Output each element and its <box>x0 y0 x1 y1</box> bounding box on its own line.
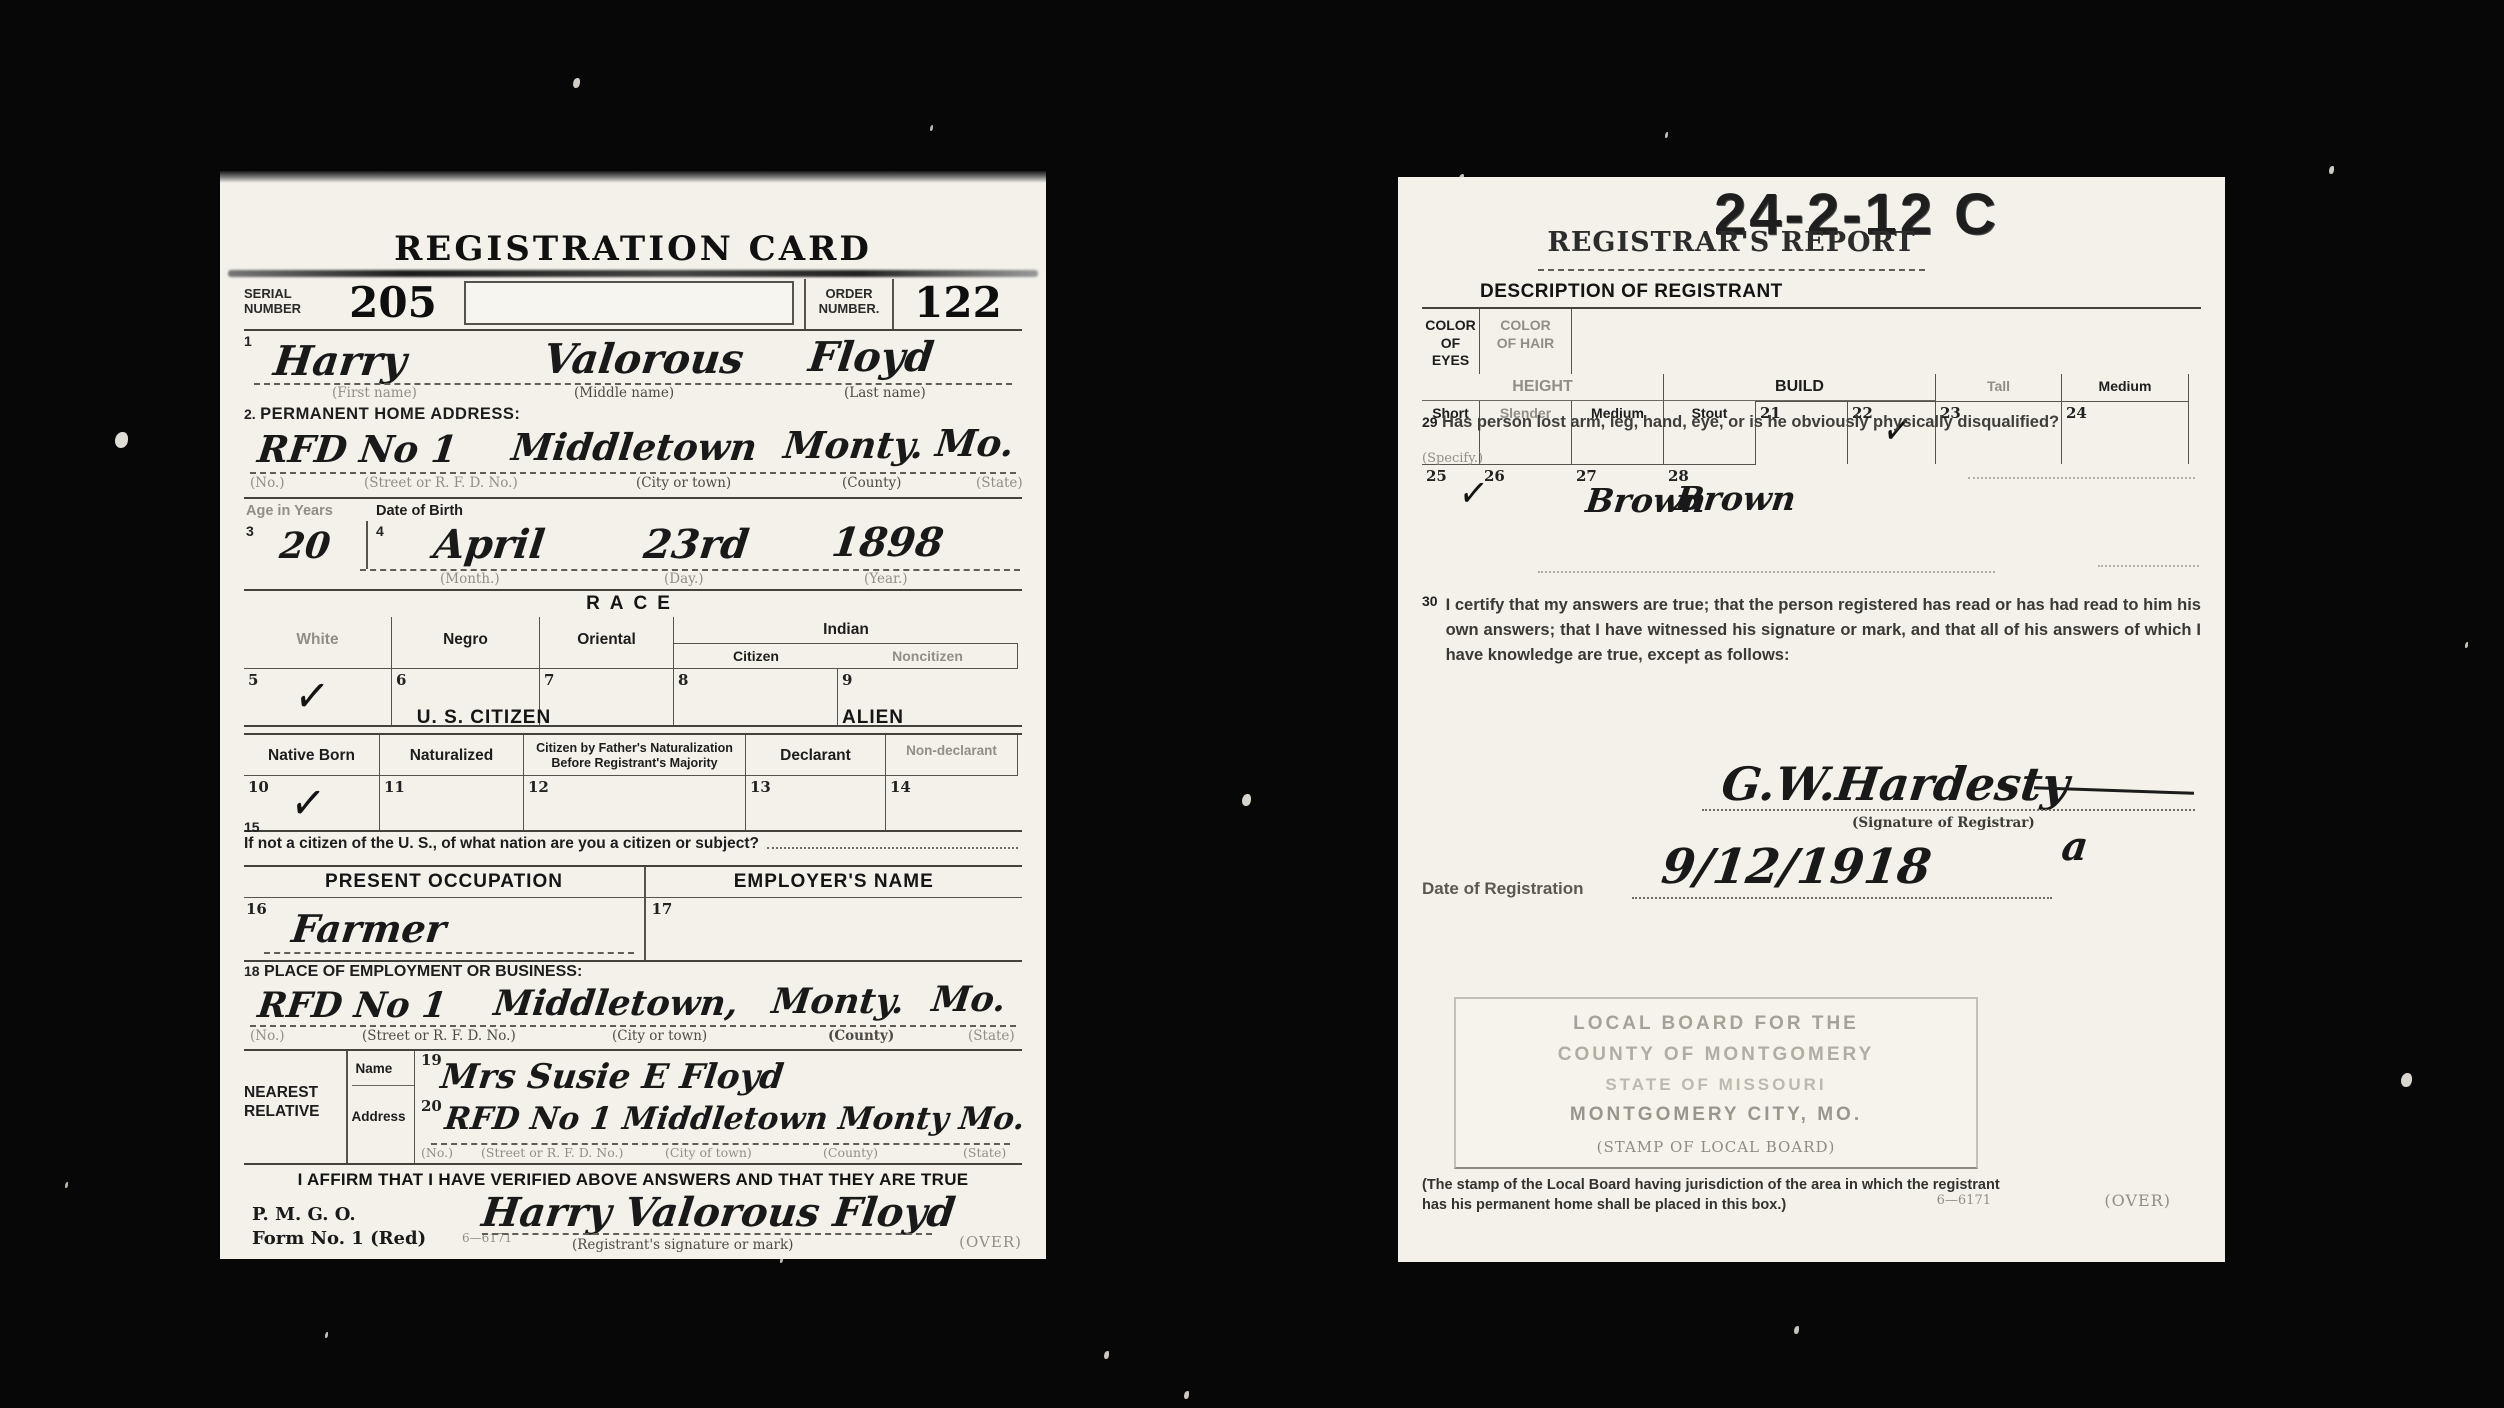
relative-county-label: (County) <box>823 1145 878 1160</box>
birth-month-handwriting: April <box>431 521 547 568</box>
registrar-signature-label: (Signature of Registrar) <box>1852 815 2035 831</box>
registration-card: REGISTRATION CARD SERIAL NUMBER 205 ORDE… <box>220 171 1046 1259</box>
description-header-row: DESCRIPTION OF REGISTRANT <box>1422 281 2201 303</box>
q29-answer-line <box>1968 477 2195 479</box>
relative-field-labels: Name Address <box>348 1051 414 1163</box>
citizen-col-nondeclarant: Non-declarant <box>886 735 1018 775</box>
registration-date-handwriting: 9/12/1918 <box>1659 839 1935 895</box>
relative-midline <box>352 1085 414 1086</box>
q19-number: 19 <box>421 1051 442 1069</box>
registration-card-title: REGISTRATION CARD <box>244 229 1022 269</box>
middle-name-handwriting: Valorous <box>541 335 746 383</box>
home-address-handwriting-row: RFD No 1 Middletown Monty. Mo. <box>244 421 1022 477</box>
registrar-signature-line <box>1702 809 2195 811</box>
employment-state-label: (State) <box>968 1028 1015 1044</box>
occupation-cell: 16 Farmer <box>244 898 644 960</box>
q2-number: 2. <box>244 406 256 422</box>
color-of-hair-header: COLOR OF HAIR <box>1480 309 1572 374</box>
alien-header: ALIEN <box>724 707 1022 729</box>
order-number-value: 122 <box>894 279 1022 329</box>
citizen-num-13: 13 <box>750 778 771 796</box>
employment-sublabels: (No.) (Street or R. F. D. No.) (City or … <box>244 1028 1022 1044</box>
address-county-handwriting: Monty. <box>781 423 926 467</box>
last-name-label: (Last name) <box>844 385 926 401</box>
race-num-7: 7 <box>544 671 554 689</box>
q16-number: 16 <box>246 900 267 918</box>
q3-number: 3 <box>246 523 254 539</box>
relative-values: 19 Mrs Susie E Floyd 20 RFD No 1 Middlet… <box>415 1051 1022 1163</box>
occupation-section: PRESENT OCCUPATION EMPLOYER'S NAME 16 Fa… <box>244 865 1022 962</box>
citizen-num-11: 11 <box>384 778 405 796</box>
report-print-code: 6—6171 <box>1937 1193 1991 1208</box>
q29-row: 29 Has person lost arm, leg, hand, eye, … <box>1422 413 2201 432</box>
q29-number: 29 <box>1422 414 1438 430</box>
citizen-num-14: 14 <box>890 778 911 796</box>
q18-number: 18 <box>244 963 260 979</box>
q29-specify-row: (Specify.) <box>1422 449 2201 467</box>
registrant-signature-label: (Registrant's signature or mark) <box>572 1237 793 1253</box>
serial-order-row: SERIAL NUMBER 205 ORDER NUMBER. 122 <box>244 279 1022 331</box>
stamp-line-3: STATE OF MISSOURI <box>1456 1075 1976 1095</box>
age-dob-divider <box>366 521 368 569</box>
age-handwriting: 20 <box>277 525 332 567</box>
description-of-registrant-header: DESCRIPTION OF REGISTRANT <box>1480 281 2201 303</box>
race-num-6: 6 <box>396 671 406 689</box>
registration-footer: P. M. G. O. Form No. 1 (Red) 6—6171 Harr… <box>244 1193 1022 1253</box>
occupation-underline <box>264 952 634 954</box>
address-no-label: (No.) <box>250 475 285 491</box>
address-county-label: (County) <box>842 475 901 491</box>
relative-no-label: (No.) <box>421 1145 453 1160</box>
dob-sublabels: (Month.) (Day.) (Year.) <box>244 571 1022 587</box>
blank-answer-line-right <box>2098 565 2199 567</box>
stamp-line-4: MONTGOMERY CITY, MO. <box>1456 1104 1976 1126</box>
affirmation-text: I AFFIRM THAT I HAVE VERIFIED ABOVE ANSW… <box>244 1165 1022 1190</box>
q30-certification-text: I certify that my answers are true; that… <box>1446 593 2201 667</box>
registrars-report-title: REGISTRAR'S REPORT <box>1547 227 1915 258</box>
registrant-signature-handwriting: Harry Valorous Floyd <box>479 1189 958 1236</box>
employment-county-handwriting: Monty. <box>769 981 906 1022</box>
address-city-handwriting: Middletown <box>509 425 759 469</box>
citizen-col-fathers-naturalization: Citizen by Father's Naturalization Befor… <box>524 735 746 775</box>
date-of-registration-row: Date of Registration 9/12/1918 <box>1422 845 2201 915</box>
employment-rfd-handwriting: RFD No 1 <box>255 985 448 1026</box>
relative-name-handwriting: Mrs Susie E Floyd <box>439 1057 786 1097</box>
date-of-registration-label: Date of Registration <box>1422 879 1584 899</box>
citizen-table: Native Born Naturalized Citizen by Fathe… <box>244 733 1022 832</box>
hair-color-handwriting: Brown <box>1674 479 1798 518</box>
address-state-handwriting: Mo. <box>933 421 1016 465</box>
name-sublabels: (First name) (Middle name) (Last name) <box>244 385 1022 403</box>
scan-smudge-line <box>228 270 1038 277</box>
signature-underline <box>482 1233 932 1235</box>
height-col-medium: Medium <box>2062 374 2189 401</box>
middle-name-label: (Middle name) <box>574 385 674 401</box>
relative-name-label: Name <box>356 1061 393 1076</box>
stamp-of-local-board-label: (STAMP OF LOCAL BOARD) <box>1456 1138 1976 1156</box>
year-label: (Year.) <box>864 571 908 587</box>
race-section: RACE <box>244 589 1022 615</box>
q30-row: 30 I certify that my answers are true; t… <box>1422 593 2201 667</box>
q15-number: 15 <box>244 819 1022 835</box>
birth-year-handwriting: 1898 <box>829 519 946 566</box>
race-num-5: 5 <box>248 671 258 689</box>
color-of-eyes-header: COLOR OF EYES <box>1422 309 1480 374</box>
q29-specify-label: (Specify.) <box>1422 451 1483 466</box>
relative-street-label: (Street or R. F. D. No.) <box>481 1145 623 1160</box>
serial-number-label: SERIAL NUMBER <box>244 279 328 329</box>
num-26: 26 <box>1484 467 1505 485</box>
occupation-handwriting: Farmer <box>289 906 448 951</box>
race-num-9: 9 <box>842 671 852 689</box>
relative-state-label: (State) <box>963 1145 1006 1160</box>
citizen-col-native-born: Native Born <box>244 735 380 775</box>
race-col-white: White <box>244 617 392 668</box>
address-sublabels: (No.) (Street or R. F. D. No.) (City or … <box>244 475 1022 493</box>
nearest-relative-label: NEAREST RELATIVE <box>244 1051 346 1163</box>
address-state-label: (State) <box>976 475 1023 491</box>
relative-address-label: Address <box>352 1109 406 1124</box>
relative-address-handwriting: RFD No 1 Middletown Monty Mo. <box>443 1101 1027 1137</box>
citizen-num-12: 12 <box>528 778 549 796</box>
pmgo-form-label: P. M. G. O. Form No. 1 (Red) <box>252 1203 426 1252</box>
q15-question: If not a citizen of the U. S., of what n… <box>244 835 759 853</box>
employment-street-label: (Street or R. F. D. No.) <box>362 1028 516 1044</box>
employment-city-label: (City or town) <box>612 1028 707 1044</box>
date-line <box>1632 897 2052 899</box>
race-header: RACE <box>244 591 1022 615</box>
order-number-label: ORDER NUMBER. <box>804 279 894 329</box>
race-num-8: 8 <box>678 671 688 689</box>
blank-answer-line <box>1538 571 1995 573</box>
scan-speckles <box>115 432 128 448</box>
over-label-left-card: (OVER) <box>959 1233 1022 1251</box>
employment-handwriting-row: RFD No 1 Middletown, Monty. Mo. <box>244 979 1022 1029</box>
registrars-report-card: 24-2-12 C REGISTRAR'S REPORT DESCRIPTION… <box>1398 177 2225 1262</box>
race-col-oriental: Oriental <box>540 617 674 668</box>
employment-no-label: (No.) <box>250 1028 285 1044</box>
relative-city-label: (City of town) <box>665 1145 752 1160</box>
description-table: HEIGHT BUILD COLOR OF EYES COLOR OF HAIR… <box>1422 307 2201 465</box>
place-of-employment-label: PLACE OF EMPLOYMENT OR BUSINESS: <box>264 963 582 980</box>
nearest-relative-section: NEAREST RELATIVE Name Address 19 Mrs Sus… <box>244 1049 1022 1163</box>
last-name-handwriting: Floyd <box>806 333 936 381</box>
employment-county-label: (County) <box>828 1028 894 1044</box>
day-label: (Day.) <box>664 571 704 587</box>
registrar-signature-handwriting: G.W.Hardesty <box>1719 757 2073 811</box>
stamp-line-2: COUNTY OF MONTGOMERY <box>1456 1044 1976 1066</box>
employment-underline <box>250 1025 1016 1027</box>
scan-background: { "registration_card": { "title": "REGIS… <box>0 0 2504 1408</box>
race-col-negro: Negro <box>392 617 540 668</box>
address-underline <box>250 472 1016 474</box>
employment-city-handwriting: Middletown, <box>491 983 740 1024</box>
q4-number: 4 <box>376 523 384 539</box>
address-city-label: (City or town) <box>636 475 731 491</box>
citizen-col-declarant: Declarant <box>746 735 886 775</box>
stamp-note-row: (The stamp of the Local Board having jur… <box>1422 1175 2201 1216</box>
stamp-box-note: (The stamp of the Local Board having jur… <box>1422 1175 2022 1216</box>
num-25: 25 <box>1426 467 1447 485</box>
affirmation-row: I AFFIRM THAT I HAVE VERIFIED ABOVE ANSW… <box>244 1163 1022 1190</box>
race-col-indian: Indian <box>674 617 1018 644</box>
citizen-alien-header-row: U. S. CITIZEN ALIEN <box>244 707 1022 729</box>
q30-number: 30 <box>1422 593 1438 667</box>
serial-empty-box <box>464 281 794 325</box>
us-citizen-header: U. S. CITIZEN <box>244 707 724 729</box>
build-header: BUILD <box>1664 374 1936 401</box>
birth-day-handwriting: 23rd <box>641 521 751 568</box>
height-col-tall: Tall <box>1936 374 2062 401</box>
height-header: HEIGHT <box>1422 374 1664 401</box>
age-in-years-label: Age in Years <box>246 503 333 519</box>
scan-edge-shadow <box>220 171 1046 183</box>
q20-number: 20 <box>421 1097 442 1115</box>
q17-number: 17 <box>652 900 673 918</box>
citizen-col-naturalized: Naturalized <box>380 735 524 775</box>
address-street-label: (Street or R. F. D. No.) <box>364 475 518 491</box>
title-rule <box>1538 269 1925 271</box>
q15-row: 15 If not a citizen of the U. S., of wha… <box>244 819 1022 853</box>
q15-answer-line <box>767 847 1018 849</box>
first-name-handwriting: Harry <box>271 337 409 385</box>
race-col-indian-noncitizen: Noncitizen <box>838 644 1018 668</box>
local-board-stamp-box: LOCAL BOARD FOR THE COUNTY OF MONTGOMERY… <box>1454 997 1978 1169</box>
race-col-indian-citizen: Citizen <box>674 644 838 668</box>
q1-number: 1 <box>244 333 252 349</box>
first-name-label: (First name) <box>332 385 417 401</box>
employer-cell: 17 <box>646 898 1023 960</box>
month-label: (Month.) <box>440 571 500 587</box>
q29-question: Has person lost arm, leg, hand, eye, or … <box>1442 413 2059 431</box>
address-rfd-handwriting: RFD No 1 <box>255 427 460 471</box>
employment-state-handwriting: Mo. <box>929 979 1008 1020</box>
present-occupation-header: PRESENT OCCUPATION <box>244 867 644 897</box>
over-label-right-card: (OVER) <box>2104 1191 2171 1210</box>
serial-number-value: 205 <box>328 279 458 329</box>
date-of-birth-label: Date of Birth <box>376 503 463 519</box>
report-title-row: REGISTRAR'S REPORT <box>1422 227 2201 258</box>
employers-name-header: EMPLOYER'S NAME <box>646 867 1023 897</box>
stamp-line-1: LOCAL BOARD FOR THE <box>1456 1013 1976 1035</box>
age-dob-row: Age in Years Date of Birth 3 4 20 April … <box>244 497 1022 569</box>
citizen-num-10: 10 <box>248 778 269 796</box>
